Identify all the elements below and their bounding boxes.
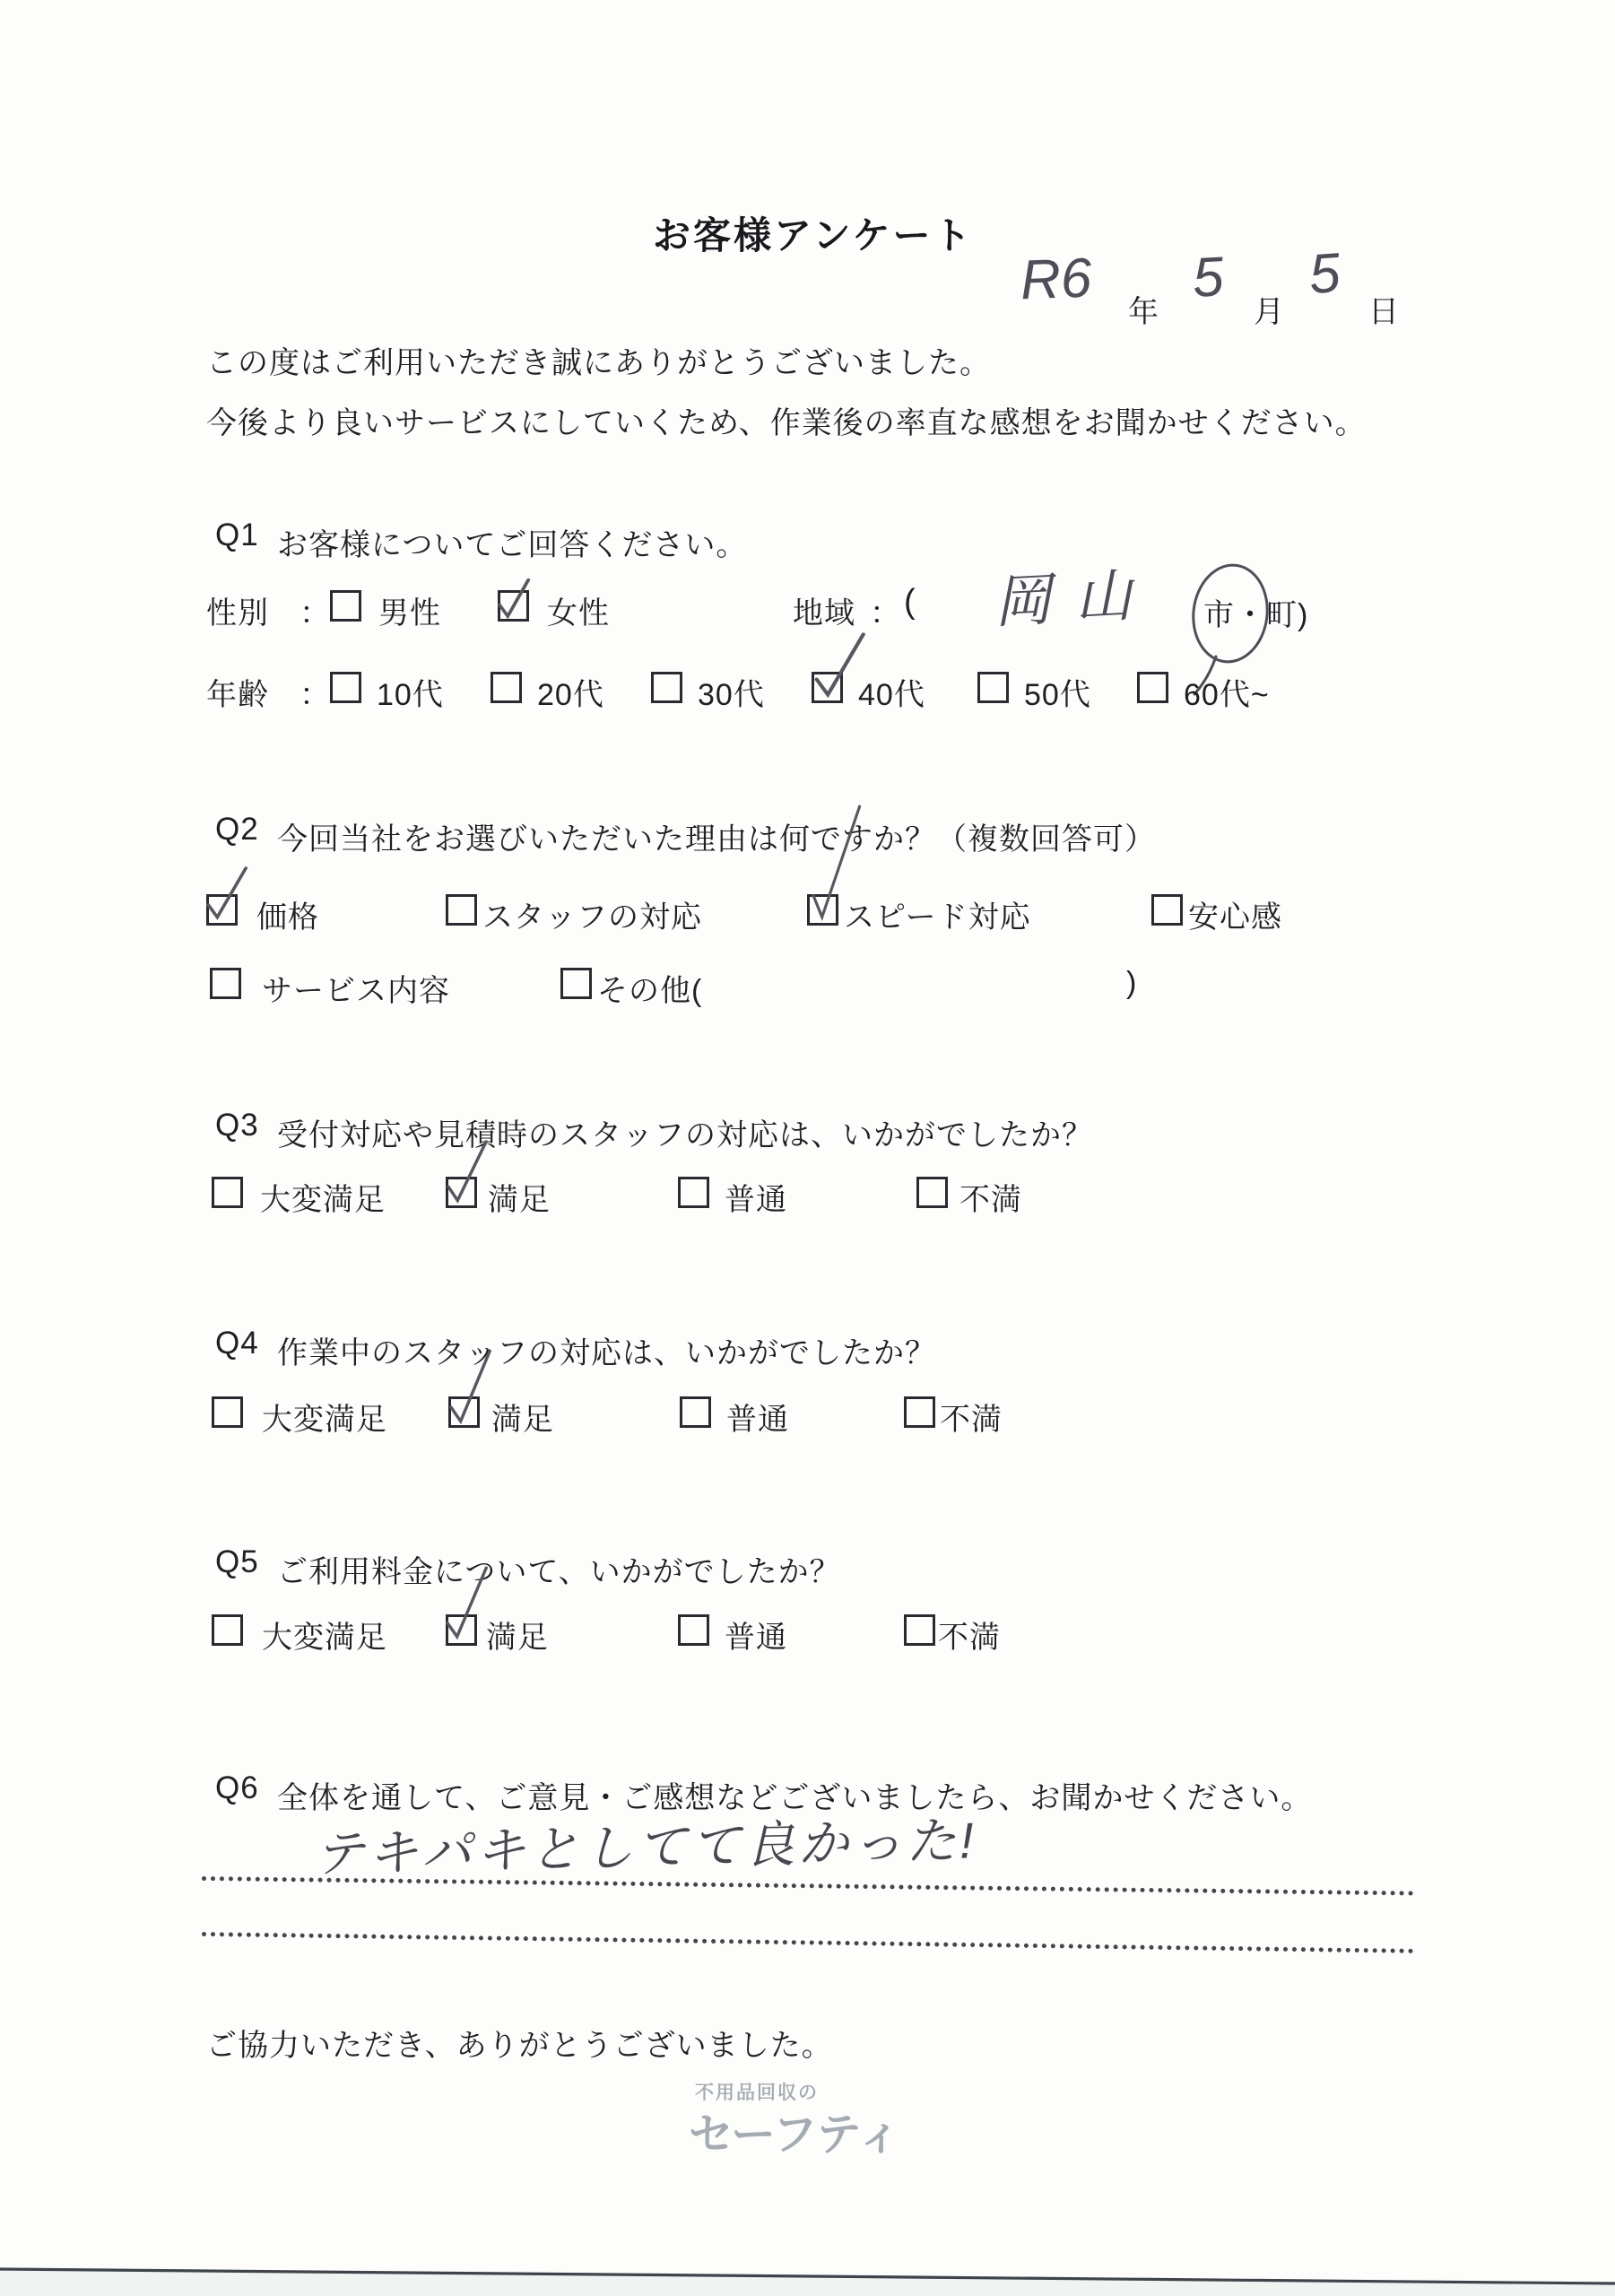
checkbox-q5-normal — [678, 1614, 709, 1646]
q4-option-normal: 普通 — [726, 1395, 789, 1439]
checkbox-q4-very-satisfied — [212, 1396, 243, 1428]
q1-region-suffix: 市・町) — [1203, 590, 1308, 634]
checkbox-q3-satisfied — [446, 1177, 477, 1208]
q1-gender-option-male: 男性 — [378, 588, 441, 632]
q1-region-open-paren: ( — [904, 583, 916, 622]
date-day-label: 日 — [1368, 287, 1400, 331]
checkbox-reassurance — [1151, 894, 1183, 926]
checkbox-service-content — [210, 968, 241, 999]
q2-option-staff-response: スタッフの対応 — [482, 892, 702, 936]
q1-age-option-60s: 60代~ — [1184, 670, 1270, 714]
q1-age-option-20s: 20代 — [537, 670, 604, 714]
q4-option-dissatisfied: 不満 — [940, 1395, 1003, 1439]
q6-handwritten-comment: テキパキとしてて良かった! — [313, 1801, 977, 1886]
checkbox-q4-satisfied — [448, 1396, 480, 1428]
q3-option-satisfied: 満足 — [488, 1175, 551, 1219]
q1-region-handwritten: 岡山 — [992, 548, 1158, 639]
checkbox-q3-very-satisfied — [212, 1177, 243, 1208]
q1-gender-option-female: 女性 — [547, 588, 610, 632]
checkbox-male — [330, 590, 361, 622]
closing-text: ご協力いただき、ありがとうございました。 — [206, 2021, 833, 2065]
q3-title: 受付対応や見積時のスタッフの対応は、いかがでしたか？ — [277, 1110, 1093, 1154]
q1-age-option-40s: 40代 — [858, 670, 925, 714]
checkbox-other — [560, 968, 592, 999]
q5-label: Q5 — [215, 1544, 259, 1580]
checkbox-q4-normal — [680, 1396, 711, 1428]
q5-option-very-satisfied: 大変満足 — [262, 1613, 387, 1657]
checkbox-female — [498, 590, 529, 622]
q1-gender-label: 性別 — [206, 588, 269, 632]
checkbox-staff-response — [446, 894, 477, 926]
comment-line-1 — [202, 1876, 1414, 1896]
q1-age-label: 年齢 — [206, 670, 269, 714]
checkbox-q5-dissatisfied — [904, 1614, 935, 1646]
q6-label: Q6 — [215, 1770, 259, 1806]
q2-option-speed-response: スピード対応 — [844, 892, 1031, 936]
q1-label: Q1 — [215, 517, 259, 553]
checkbox-speed-response — [807, 894, 838, 926]
q1-region-label: 地域 — [793, 588, 855, 632]
date-era-handwritten: R6 — [1020, 247, 1093, 313]
q3-option-dissatisfied: 不満 — [959, 1175, 1022, 1219]
scan-page-edge — [0, 2256, 1615, 2296]
checkbox-q5-very-satisfied — [212, 1614, 243, 1646]
q3-option-normal: 普通 — [725, 1175, 787, 1219]
q1-age-option-50s: 50代 — [1024, 670, 1091, 714]
q4-option-very-satisfied: 大変満足 — [262, 1395, 387, 1439]
q2-option-service-content: サービス内容 — [262, 966, 450, 1010]
checkbox-age-20s — [491, 672, 522, 703]
comment-line-2 — [202, 1932, 1414, 1953]
checkbox-q3-normal — [678, 1177, 709, 1208]
q2-option-other: その他( — [597, 966, 702, 1010]
checkbox-age-30s — [651, 672, 682, 703]
q2-title: 今回当社をお選びいただいた理由は何ですか？（複数回答可） — [277, 814, 1156, 858]
date-month-label: 月 — [1254, 287, 1285, 331]
checkbox-q3-dissatisfied — [916, 1177, 948, 1208]
q5-option-dissatisfied: 不満 — [938, 1613, 1001, 1657]
checkbox-price — [206, 894, 238, 926]
q2-other-close-paren: ) — [1126, 966, 1137, 1001]
intro-line-2: 今後より良いサービスにしていくため、作業後の率直な感想をお聞かせください。 — [206, 398, 1367, 442]
checkbox-age-10s — [330, 672, 361, 703]
q1-title: お客様についてご回答ください。 — [277, 520, 747, 564]
checkbox-age-60s — [1137, 672, 1168, 703]
intro-line-1: この度はご利用いただき誠にありがとうございました。 — [206, 338, 991, 382]
q5-option-normal: 普通 — [725, 1613, 787, 1657]
checkbox-q5-satisfied — [446, 1614, 477, 1646]
checkbox-age-50s — [977, 672, 1009, 703]
q4-label: Q4 — [215, 1326, 259, 1361]
q1-region-colon: ： — [870, 588, 901, 632]
q2-option-price: 価格 — [256, 892, 319, 936]
q3-label: Q3 — [215, 1108, 259, 1144]
q3-option-very-satisfied: 大変満足 — [260, 1175, 386, 1219]
logo-wordmark: セーフティ — [689, 2099, 901, 2163]
date-month-handwritten: 5 — [1191, 245, 1225, 310]
scanned-survey-page: お客様アンケート R6 年 5 月 5 日 この度はご利用いただき誠にありがとう… — [0, 0, 1615, 2296]
q5-title: ご利用料金について、いかがでしたか？ — [277, 1547, 841, 1591]
q1-age-option-30s: 30代 — [698, 670, 765, 714]
q1-age-option-10s: 10代 — [377, 670, 444, 714]
checkbox-q4-dissatisfied — [904, 1396, 935, 1428]
q2-option-reassurance: 安心感 — [1188, 892, 1282, 936]
q5-option-satisfied: 満足 — [486, 1613, 549, 1657]
q1-gender-colon: ： — [300, 588, 331, 632]
q2-label: Q2 — [215, 812, 259, 848]
q1-age-colon: ： — [300, 670, 331, 714]
form-title: お客様アンケート — [653, 206, 973, 260]
q4-option-satisfied: 満足 — [491, 1395, 554, 1439]
q4-title: 作業中のスタッフの対応は、いかがでしたか？ — [277, 1328, 936, 1372]
checkbox-age-40s — [812, 672, 843, 703]
date-day-handwritten: 5 — [1307, 241, 1342, 307]
date-year-label: 年 — [1128, 287, 1159, 331]
